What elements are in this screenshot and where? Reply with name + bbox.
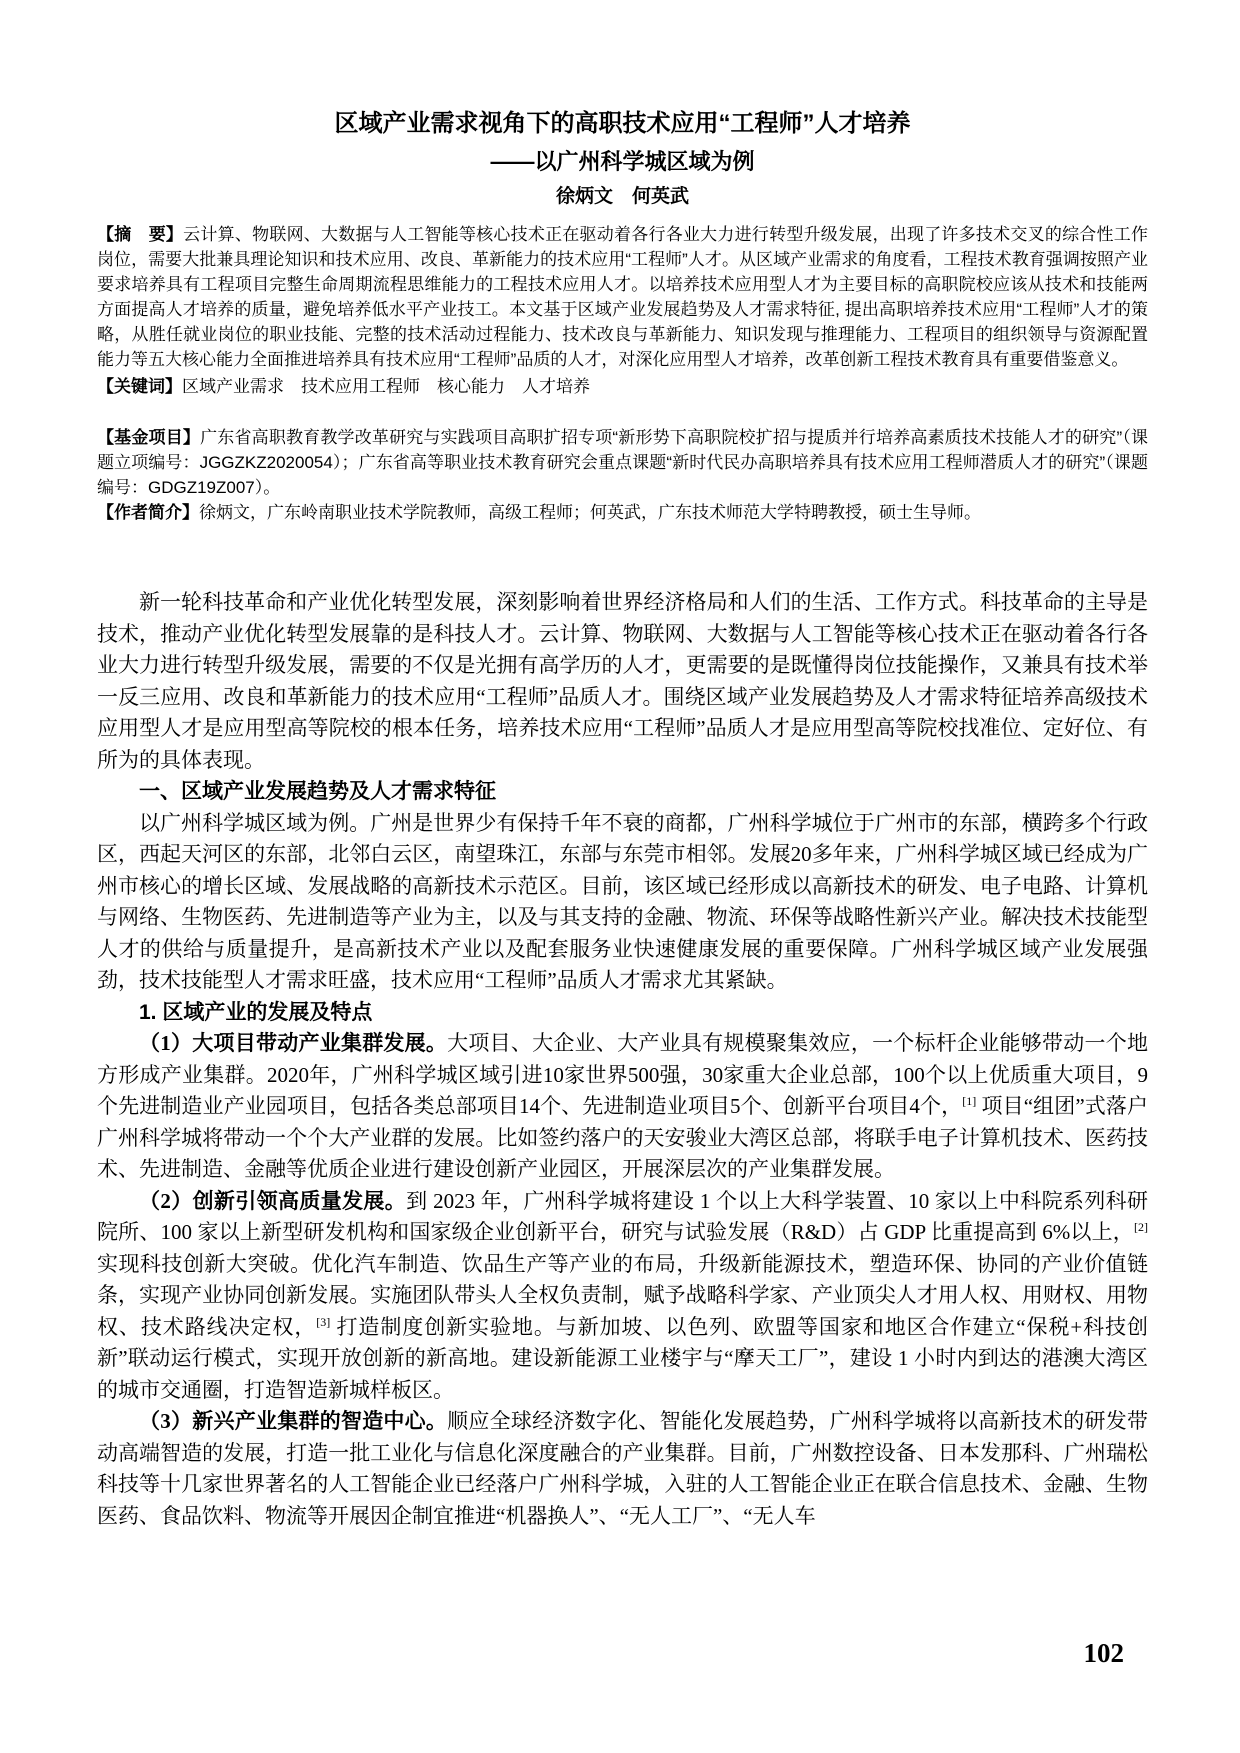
text-run: 一、区域产业发展趋势及人才需求特征 <box>139 780 496 803</box>
bio-text: 徐炳文，广东岭南职业技术学院教师，高级工程师；何英武，广东技术师范大学特聘教授，… <box>199 503 981 522</box>
abstract-label: 【摘 要】 <box>97 225 183 244</box>
page-number: 102 <box>1084 1638 1125 1669</box>
body-paragraph: （2）创新引领高质量发展。到 2023 年，广州科学城将建设 1 个以上大科学装… <box>97 1186 1148 1407</box>
paper-title: 区域产业需求视角下的高职技术应用“工程师”人才培养 <box>97 108 1148 140</box>
body-paragraph: （1）大项目带动产业集群发展。大项目、大企业、大产业具有规模聚集效应，一个标杆企… <box>97 1028 1148 1186</box>
paper-subtitle: ——以广州科学城区域为例 <box>97 148 1148 176</box>
text-run: 以广州科学城区域为例。广州是世界少有保持千年不衰的商都，广州科学城位于广州市的东… <box>97 811 1148 993</box>
fund-label: 【基金项目】 <box>97 428 200 447</box>
section-heading: 1. 区域产业的发展及特点 <box>97 997 1148 1029</box>
abstract-block: 【摘 要】云计算、物联网、大数据与人工智能等核心技术正在驱动着各行各业大力进行转… <box>97 222 1148 372</box>
author-bio-block: 【作者简介】徐炳文，广东岭南职业技术学院教师，高级工程师；何英武，广东技术师范大… <box>97 500 1148 525</box>
fund-project-block: 【基金项目】广东省高职教育教学改革研究与实践项目高职扩招专项“新形势下高职院校扩… <box>97 425 1148 500</box>
body-paragraph: 以广州科学城区域为例。广州是世界少有保持千年不衰的商都，广州科学城位于广州市的东… <box>97 808 1148 997</box>
citation-marker: [2] <box>1134 1220 1148 1234</box>
text-run: 1. 区域产业的发展及特点 <box>139 1001 372 1024</box>
text-run: 新一轮科技革命和产业优化转型发展，深刻影响着世界经济格局和人们的生活、工作方式。… <box>97 590 1148 772</box>
citation-marker: [1] <box>962 1094 976 1108</box>
keywords-label: 【关键词】 <box>97 377 182 396</box>
text-run: （2）创新引领高质量发展。 <box>139 1189 406 1213</box>
section-heading: 一、区域产业发展趋势及人才需求特征 <box>97 776 1148 808</box>
body-paragraph: （3）新兴产业集群的智造中心。顺应全球经济数字化、智能化发展趋势，广州科学城将以… <box>97 1406 1148 1532</box>
keywords-block: 【关键词】区域产业需求 技术应用工程师 核心能力 人才培养 <box>97 374 1148 399</box>
keywords-text: 区域产业需求 技术应用工程师 核心能力 人才培养 <box>182 377 590 396</box>
document-page: 区域产业需求视角下的高职技术应用“工程师”人才培养 ——以广州科学城区域为例 徐… <box>0 0 1240 1753</box>
citation-marker: [3] <box>316 1315 330 1329</box>
fund-text: 广东省高职教育教学改革研究与实践项目高职扩招专项“新形势下高职院校扩招与提质并行… <box>97 428 1148 497</box>
text-run: （1）大项目带动产业集群发展。 <box>139 1031 447 1055</box>
body-paragraph: 新一轮科技革命和产业优化转型发展，深刻影响着世界经济格局和人们的生活、工作方式。… <box>97 587 1148 776</box>
text-run: （3）新兴产业集群的智造中心。 <box>139 1409 447 1433</box>
abstract-text: 云计算、物联网、大数据与人工智能等核心技术正在驱动着各行各业大力进行转型升级发展… <box>97 225 1148 369</box>
bio-label: 【作者简介】 <box>97 503 199 522</box>
article-body: 新一轮科技革命和产业优化转型发展，深刻影响着世界经济格局和人们的生活、工作方式。… <box>97 587 1148 1532</box>
paper-authors: 徐炳文 何英武 <box>97 184 1148 210</box>
